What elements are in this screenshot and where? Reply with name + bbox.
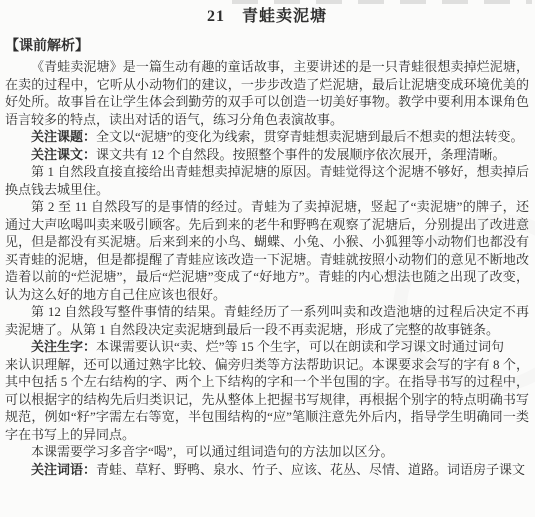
focus-course-text-label: 关注课文： [31,147,96,162]
paragraph-natural-sections-2-11-text: 第 2 至 11 自然段写的是事情的经过。青蛙为了卖掉泥塘，竖起了“卖泥塘”的牌… [5,199,529,302]
focus-topic-text: 全文以“泥塘”的变化为线索，贯穿青蛙想卖泥塘到最后不想卖的想法转变。 [96,129,524,144]
paragraph-natural-section-1-text: 第 1 自然段直接直接给出青蛙想卖掉泥塘的原因。青蛙觉得这个泥塘不够好，想卖掉后… [5,164,529,197]
lesson-title: 21 青蛙卖泥塘 [5,7,529,27]
paragraph-natural-section-12-text: 第 12 自然段写整件事情的结果。青蛙经历了一系列叫卖和改造池塘的过程后决定不再… [5,304,529,337]
section-header-pre-class-analysis: 【课前解析】 [5,38,529,55]
focus-course-text-text: 课文共有 12 个自然段。按照整个事件的发展顺序依次展开，条理清晰。 [96,147,506,162]
paragraph-natural-section-12: 第 12 自然段写整件事情的结果。青蛙经历了一系列叫卖和改造池塘的过程后决定不再… [5,303,529,338]
focus-characters-body-text: 来认识理解，还可以通过熟字比较、偏旁归类等方法帮助识记。本课要求会写的字有 8 … [5,357,529,442]
page-top-cutoff-remnant [232,0,532,4]
document-page: 21 青蛙卖泥塘 【课前解析】 《青蛙卖泥塘》是一篇生动有趣的童话故事，主要讲述… [0,0,535,517]
paragraph-focus-course-text: 关注课文：课文共有 12 个自然段。按照整个事件的发展顺序依次展开，条理清晰。 [5,146,529,164]
paragraph-story-intro: 《青蛙卖泥塘》是一篇生动有趣的童话故事，主要讲述的是一只青蛙很想卖掉烂泥塘，在卖… [5,58,529,128]
paragraph-natural-section-1: 第 1 自然段直接直接给出青蛙想卖掉泥塘的原因。青蛙觉得这个泥塘不够好，想卖掉后… [5,163,529,198]
paragraph-story-intro-text: 《青蛙卖泥塘》是一篇生动有趣的童话故事，主要讲述的是一只青蛙很想卖掉烂泥塘，在卖… [5,59,529,127]
paragraph-focus-words: 关注词语：青蛙、草籽、野鸭、泉水、竹子、应该、花丛、尽情、道路。词语房子课文 [5,461,529,479]
paragraph-focus-characters-lead: 关注生字：本课需要认识“卖、烂”等 15 个生字，可以在朗读和学习课文时通过词句 [5,338,529,356]
paragraph-focus-topic: 关注课题：全文以“泥塘”的变化为线索，贯穿青蛙想卖泥塘到最后不想卖的想法转变。 [5,128,529,146]
focus-words-label: 关注词语： [31,462,96,477]
paragraph-focus-characters-body: 来认识理解，还可以通过熟字比较、偏旁归类等方法帮助识记。本课要求会写的字有 8 … [5,356,529,444]
focus-characters-first-line-text: 本课需要认识“卖、烂”等 15 个生字，可以在朗读和学习课文时通过词句 [96,339,504,354]
paragraph-polyphone: 本课需要学习多音字“喝”，可以通过组词造句的方法加以区分。 [5,443,529,461]
focus-words-text: 青蛙、草籽、野鸭、泉水、竹子、应该、花丛、尽情、道路。词语房子课文 [96,462,525,477]
paragraph-natural-sections-2-11: 第 2 至 11 自然段写的是事情的经过。青蛙为了卖掉泥塘，竖起了“卖泥塘”的牌… [5,198,529,303]
focus-topic-label: 关注课题： [31,129,96,144]
paragraph-polyphone-text: 本课需要学习多音字“喝”，可以通过组词造句的方法加以区分。 [31,444,394,459]
focus-characters-label: 关注生字： [31,339,96,354]
